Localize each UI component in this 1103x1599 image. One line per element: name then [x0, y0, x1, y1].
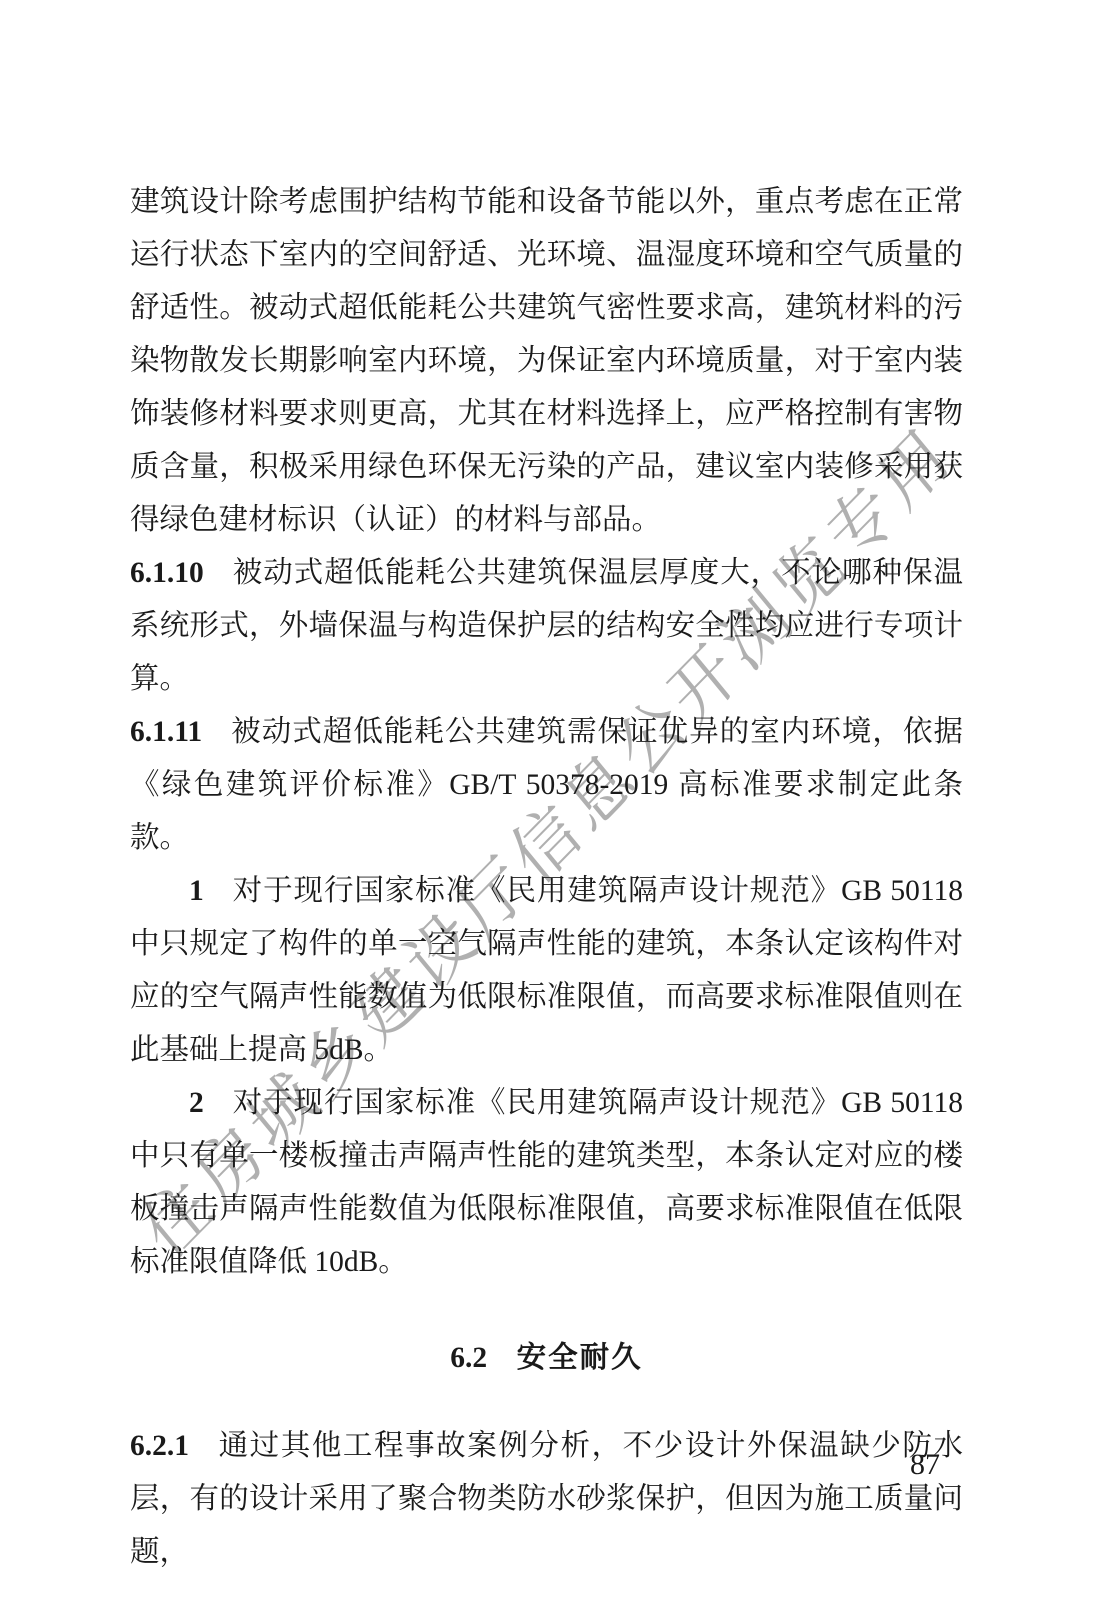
paragraph-text: 建筑设计除考虑围护结构节能和设备节能以外，重点考虑在正常运行状态下室内的空间舒适… — [130, 186, 963, 536]
clause-number: 6.2.1 — [130, 1430, 189, 1462]
page-number: 87 — [910, 1438, 940, 1491]
document-page: 住房城乡建设厅信息公开浏览专用 建筑设计除考虑围护结构节能和设备节能以外，重点考… — [0, 0, 1103, 1599]
section-heading: 6.2安全耐久 — [130, 1331, 963, 1385]
clause-6-2-1: 6.2.1通过其他工程事故案例分析，不少设计外保温缺少防水层，有的设计采用了聚合… — [130, 1420, 963, 1579]
clause-6-1-11: 6.1.11被动式超低能耗公共建筑需保证优异的室内环境，依据《绿色建筑评价标准》… — [130, 706, 963, 865]
item-number: 2 — [189, 1087, 204, 1119]
body-paragraph-continuation: 建筑设计除考虑围护结构节能和设备节能以外，重点考虑在正常运行状态下室内的空间舒适… — [130, 176, 963, 547]
clause-text: 被动式超低能耗公共建筑需保证优异的室内环境，依据《绿色建筑评价标准》GB/T 5… — [130, 716, 963, 854]
section-title: 安全耐久 — [517, 1341, 643, 1374]
page-content: 建筑设计除考虑围护结构节能和设备节能以外，重点考虑在正常运行状态下室内的空间舒适… — [130, 176, 963, 1579]
clause-text: 被动式超低能耗公共建筑保温层厚度大，不论哪种保温系统形式，外墙保温与构造保护层的… — [130, 557, 963, 695]
list-item-2: 2对于现行国家标准《民用建筑隔声设计规范》GB 50118 中只有单一楼板撞击声… — [130, 1077, 963, 1289]
section-number: 6.2 — [450, 1342, 487, 1374]
clause-number: 6.1.11 — [130, 716, 202, 748]
clause-6-1-10: 6.1.10被动式超低能耗公共建筑保温层厚度大，不论哪种保温系统形式，外墙保温与… — [130, 547, 963, 706]
clause-text: 通过其他工程事故案例分析，不少设计外保温缺少防水层，有的设计采用了聚合物类防水砂… — [130, 1430, 963, 1568]
clause-number: 6.1.10 — [130, 557, 204, 589]
item-text: 对于现行国家标准《民用建筑隔声设计规范》GB 50118 中只规定了构件的单一空… — [130, 875, 963, 1066]
item-text: 对于现行国家标准《民用建筑隔声设计规范》GB 50118 中只有单一楼板撞击声隔… — [130, 1087, 963, 1278]
list-item-1: 1对于现行国家标准《民用建筑隔声设计规范》GB 50118 中只规定了构件的单一… — [130, 865, 963, 1077]
item-number: 1 — [189, 875, 204, 907]
